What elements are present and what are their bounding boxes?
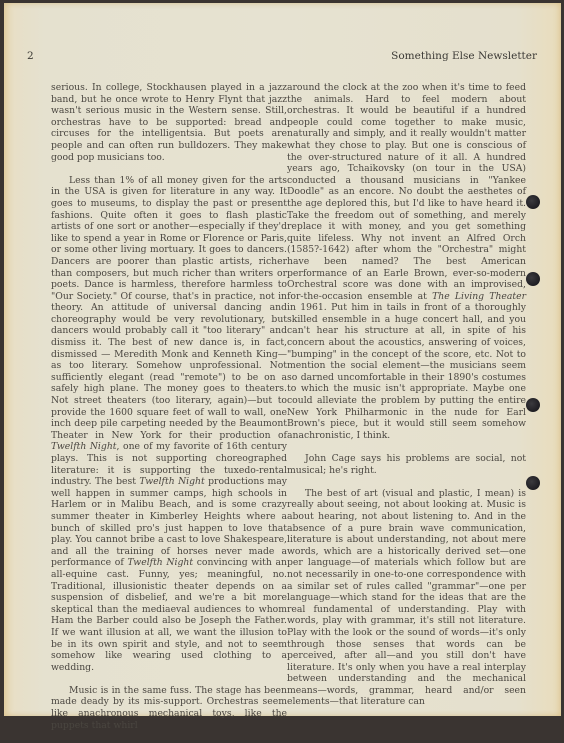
paragraph: serious. In college, Stockhausen played … [51,82,287,163]
page-number: 2 [27,50,34,62]
paragraph: Less than 1% of all money given for the … [51,175,287,674]
running-header: 2 Something Else Newsletter [27,50,537,62]
play-title: Twelfth Night [127,557,193,568]
paragraph: Music is in the same fuss. The stage has… [51,685,287,720]
play-title: Twelfth Night [139,476,204,487]
binder-hole-icon [526,272,540,286]
paragraph: The best of art (visual and plastic, I m… [287,488,526,708]
left-column: serious. In college, Stockhausen played … [51,82,287,720]
right-column: around the clock at the zoo when it's ti… [287,82,526,720]
binder-hole-icon [526,398,540,412]
paragraph: John Cage says his problems are social, … [287,453,526,476]
venue-name: The Living Theater [432,291,526,302]
publication-title: Something Else Newsletter [391,50,537,62]
paragraph: around the clock at the zoo when it's ti… [287,82,526,441]
binder-hole-icon [526,195,540,209]
play-title: Twelfth Night [51,441,117,452]
binder-hole-icon [526,476,540,490]
newsletter-page: 2 Something Else Newsletter serious. In … [4,3,561,716]
